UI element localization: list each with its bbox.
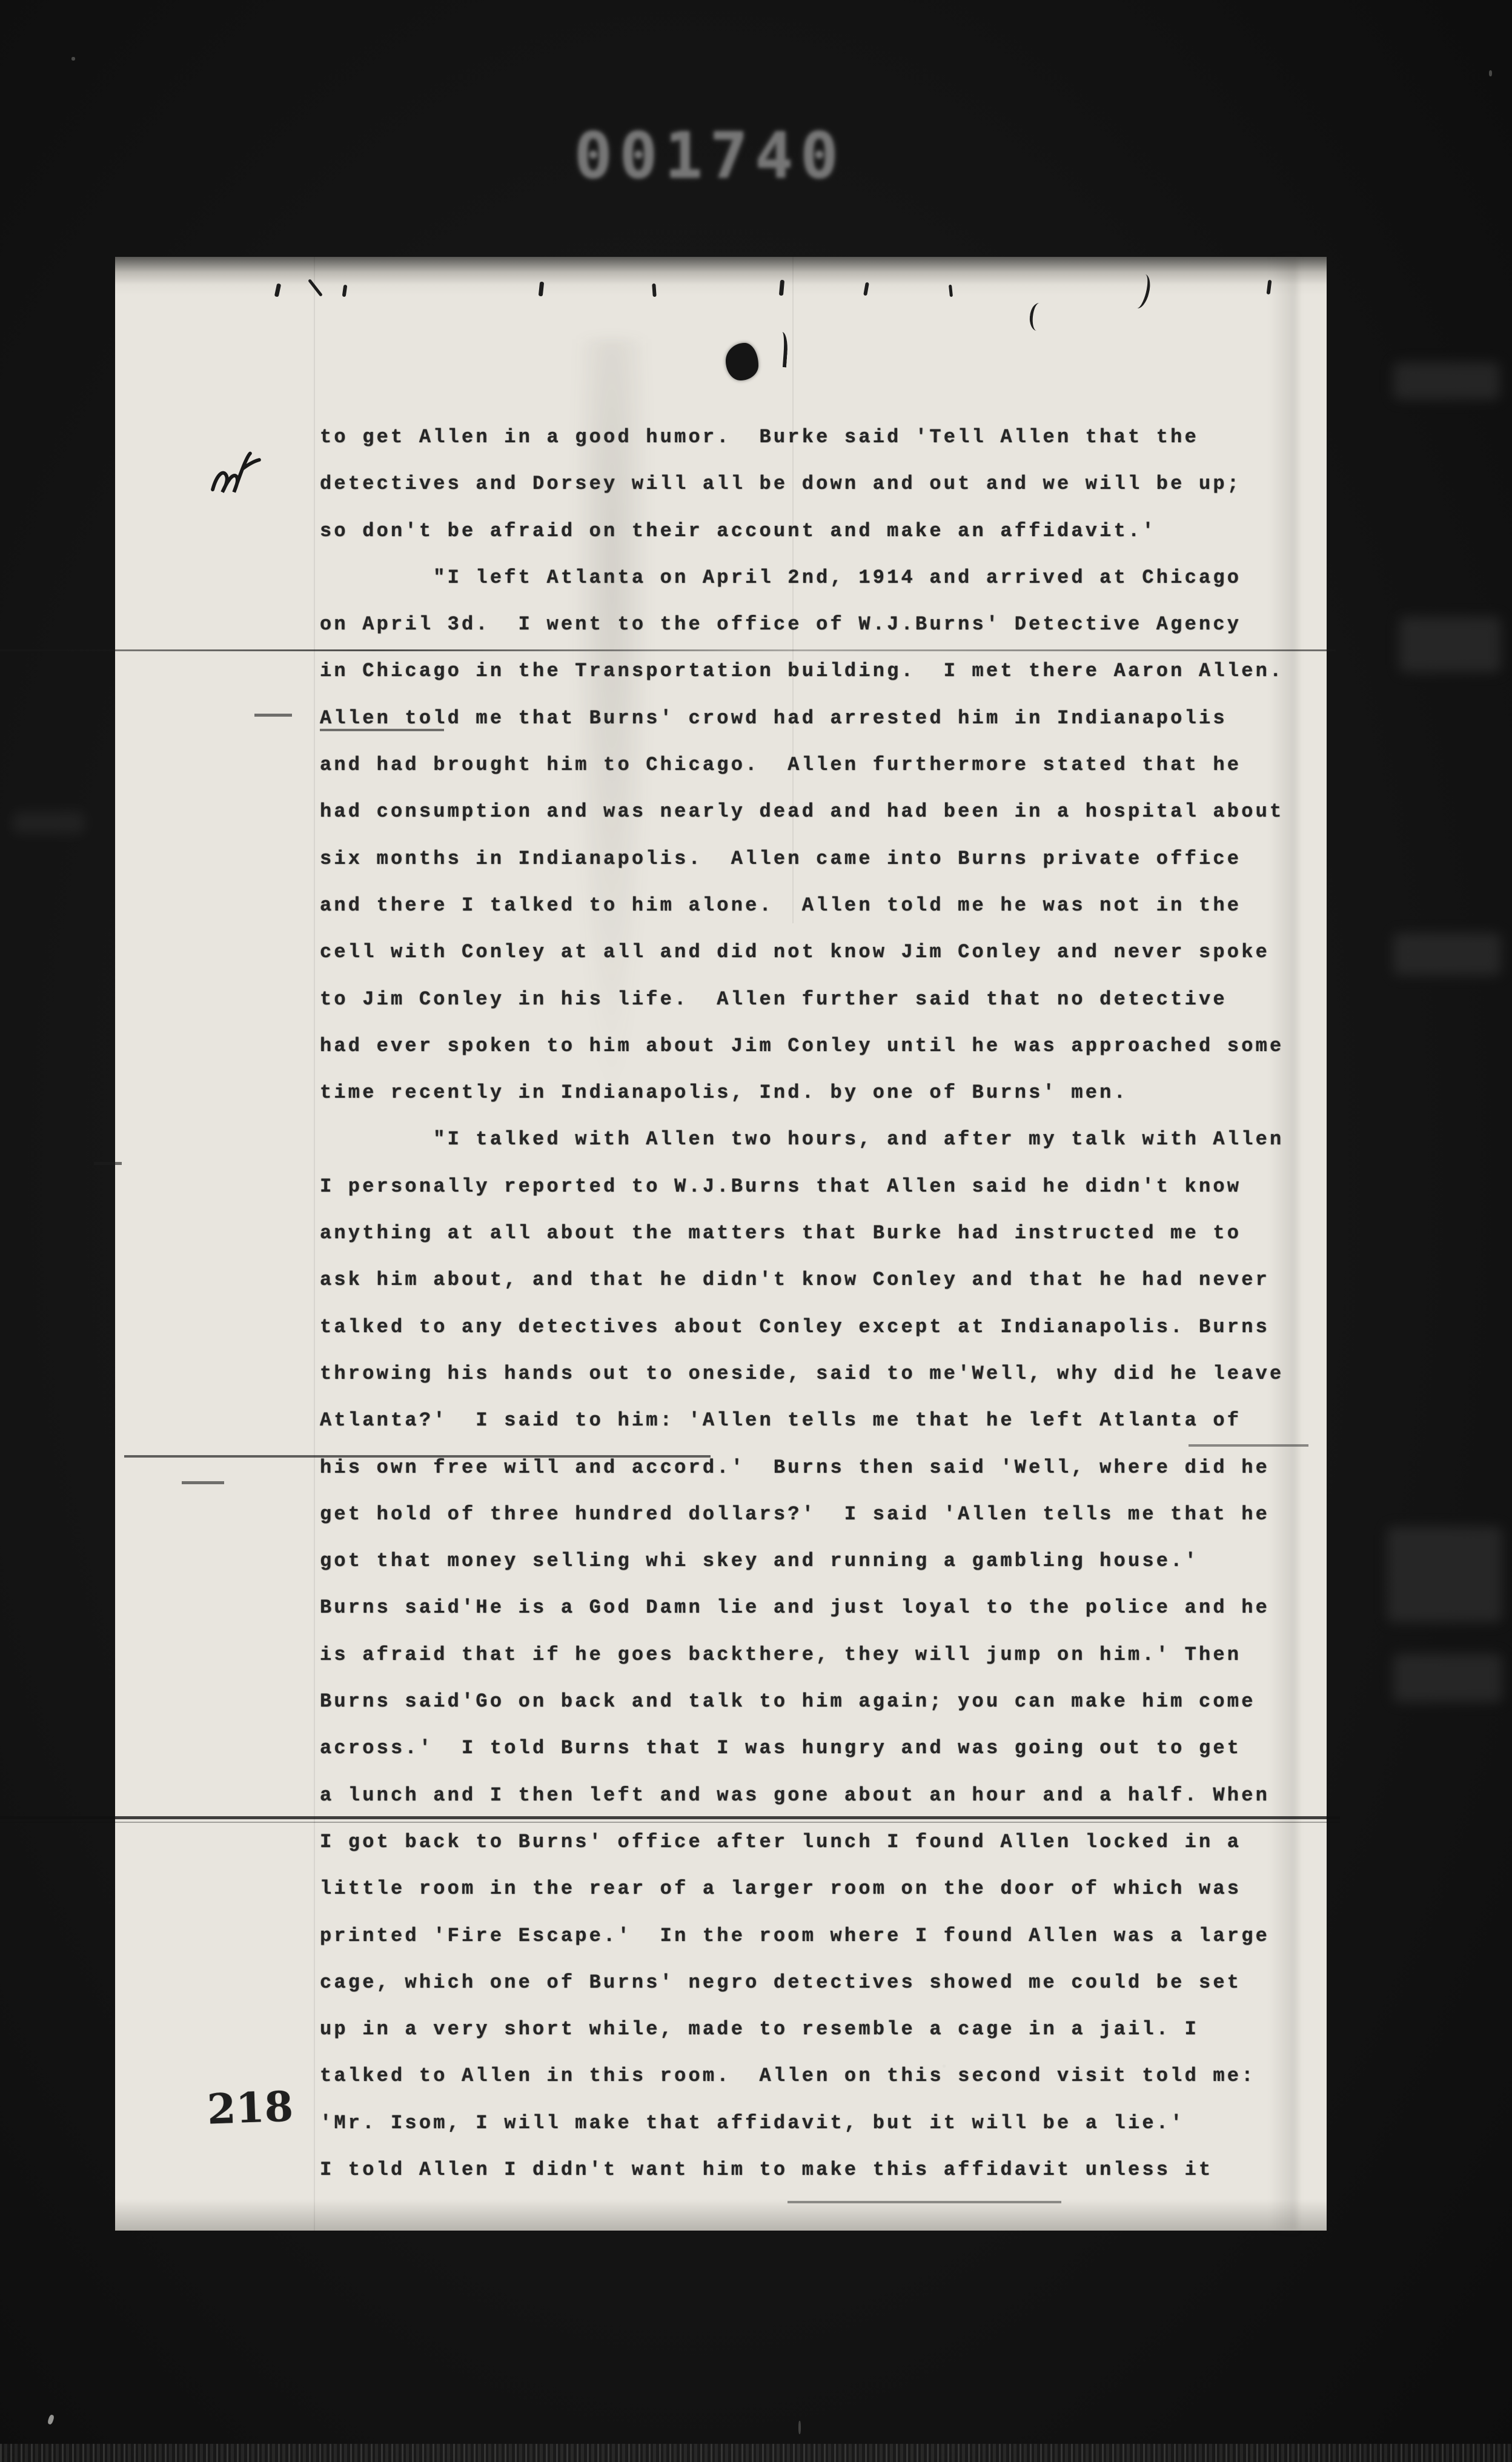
text-line: a lunch and I then left and was gone abo…: [320, 1772, 1335, 1819]
text-line: across.' I told Burns that I was hungry …: [320, 1725, 1335, 1771]
text-line: get hold of three hundred dollars?' I sa…: [320, 1491, 1335, 1538]
page-crease: [792, 257, 794, 923]
text-line: I got back to Burns' office after lunch …: [320, 1819, 1335, 1865]
text-line: and had brought him to Chicago. Allen fu…: [320, 742, 1335, 788]
text-line: I personally reported to W.J.Burns that …: [320, 1163, 1335, 1210]
text-line: cell with Conley at all and did not know…: [320, 929, 1335, 975]
strikethrough-mark: [124, 1455, 711, 1458]
text-line: "I left Atlanta on April 2nd, 1914 and a…: [320, 554, 1335, 601]
scan-line: [0, 649, 1336, 651]
frame-number-stamp: 001740: [574, 119, 846, 193]
text-line: Atlanta?' I said to him: 'Allen tells me…: [320, 1397, 1335, 1444]
text-line: "I talked with Allen two hours, and afte…: [320, 1116, 1335, 1163]
page-crease: [314, 257, 315, 2231]
text-line: Burns said'Go on back and talk to him ag…: [320, 1678, 1335, 1725]
text-line: so don't be afraid on their account and …: [320, 508, 1335, 554]
text-line: I told Allen I didn't want him to make t…: [320, 2146, 1335, 2193]
ghost-text: [1393, 1654, 1502, 1702]
page-number: 218: [207, 2083, 294, 2134]
text-line: is afraid that if he goes backthere, the…: [320, 1631, 1335, 1678]
text-line: and there I talked to him alone. Allen t…: [320, 882, 1335, 929]
text-line: little room in the rear of a larger room…: [320, 1865, 1335, 1912]
document-text: to get Allen in a good humor. Burke said…: [320, 414, 1335, 2193]
scan-seam: [0, 1816, 1340, 1819]
text-line: Allen told me that Burns' crowd had arre…: [320, 695, 1335, 742]
margin-dash: [254, 714, 292, 717]
text-line: six months in Indianapolis. Allen came i…: [320, 835, 1335, 882]
text-line: throwing his hands out to oneside, said …: [320, 1350, 1335, 1397]
text-line: talked to any detectives about Conley ex…: [320, 1304, 1335, 1350]
underline-mark: [320, 729, 444, 731]
text-line: printed 'Fire Escape.' In the room where…: [320, 1913, 1335, 1959]
ghost-text: [12, 812, 85, 834]
margin-dash: [182, 1481, 224, 1484]
handwritten-mark: [205, 450, 277, 508]
text-line: ask him about, and that he didn't know C…: [320, 1256, 1335, 1303]
ink-blot: [726, 343, 758, 380]
text-line: up in a very short while, made to resemb…: [320, 2006, 1335, 2052]
text-line: his own free will and accord.' Burns the…: [320, 1444, 1335, 1491]
text-line: had consumption and was nearly dead and …: [320, 788, 1335, 835]
film-fleck: [71, 57, 75, 61]
scan-seam-shadow: [0, 1822, 1340, 1823]
text-line: time recently in Indianapolis, Ind. by o…: [320, 1069, 1335, 1116]
text-line: had ever spoken to him about Jim Conley …: [320, 1023, 1335, 1069]
water-stain: [572, 339, 651, 1103]
text-line: cage, which one of Burns' negro detectiv…: [320, 1959, 1335, 2006]
text-line: in Chicago in the Transportation buildin…: [320, 648, 1335, 694]
text-line: Burns said'He is a God Damn lie and just…: [320, 1584, 1335, 1631]
scan-line-fragment: [1189, 1444, 1308, 1447]
microfilm-frame: 001740 to get Allen in a good humor. Bur…: [0, 0, 1512, 2462]
film-fleck: [47, 2414, 55, 2425]
film-fleck: [943, 2065, 946, 2068]
ghost-text: [1399, 617, 1501, 672]
text-line: on April 3d. I went to the office of W.J…: [320, 601, 1335, 648]
text-line: 'Mr. Isom, I will make that affidavit, b…: [320, 2100, 1335, 2146]
ghost-text: [1387, 1527, 1502, 1622]
underline-mark: [787, 2201, 1061, 2203]
ghost-text: [1393, 933, 1501, 975]
text-line: to Jim Conley in his life. Allen further…: [320, 976, 1335, 1023]
film-edge-texture: [0, 2444, 1512, 2462]
text-line: to get Allen in a good humor. Burke said…: [320, 414, 1335, 460]
text-line: got that money selling whi skey and runn…: [320, 1538, 1335, 1584]
margin-dash: [94, 1162, 122, 1165]
text-line: anything at all about the matters that B…: [320, 1210, 1335, 1256]
text-line: detectives and Dorsey will all be down a…: [320, 460, 1335, 507]
ghost-text: [1393, 362, 1500, 400]
film-fleck: [1489, 70, 1492, 76]
film-fleck: [798, 2421, 801, 2434]
text-line: talked to Allen in this room. Allen on t…: [320, 2052, 1335, 2099]
